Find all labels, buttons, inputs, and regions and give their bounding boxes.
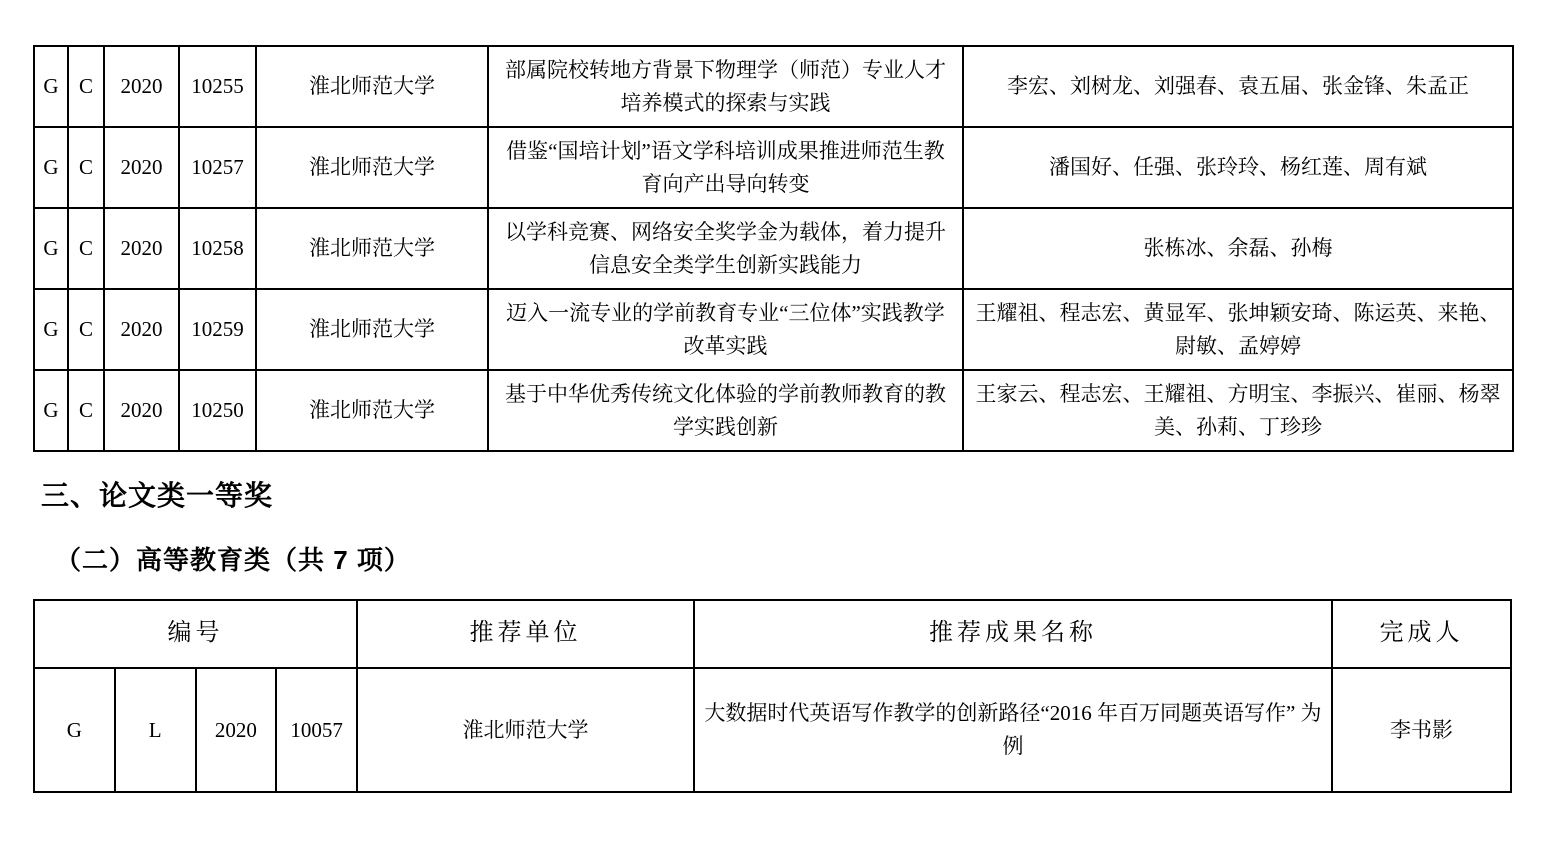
cell-category: C (68, 289, 104, 370)
table-row: G C 2020 10258 淮北师范大学 以学科竞赛、网络安全奖学金为载体，着… (34, 208, 1513, 289)
awards-table-papers: 编号 推荐单位 推荐成果名称 完成人 G L 2020 10057 淮北师范大学… (33, 599, 1512, 793)
cell-type: G (34, 370, 68, 451)
cell-type: G (34, 46, 68, 127)
cell-people: 王耀祖、程志宏、黄显军、张坤颖安琦、陈运英、来艳、尉敏、孟婷婷 (963, 289, 1513, 370)
cell-unit: 淮北师范大学 (256, 208, 488, 289)
cell-year: 2020 (104, 127, 179, 208)
table-row: G L 2020 10057 淮北师范大学 大数据时代英语写作教学的创新路径“2… (34, 668, 1511, 792)
cell-unit: 淮北师范大学 (256, 127, 488, 208)
cell-category: C (68, 208, 104, 289)
cell-achievement-name: 大数据时代英语写作教学的创新路径“2016 年百万同题英语写作” 为例 (694, 668, 1332, 792)
header-unit: 推荐单位 (357, 600, 694, 668)
header-code: 编号 (34, 600, 357, 668)
cell-year: 2020 (196, 668, 277, 792)
cell-code: 10255 (179, 46, 256, 127)
cell-unit: 淮北师范大学 (357, 668, 694, 792)
cell-type: G (34, 127, 68, 208)
table-row: G C 2020 10259 淮北师范大学 迈入一流专业的学前教育专业“三位体”… (34, 289, 1513, 370)
cell-category: L (115, 668, 196, 792)
cell-code: 10258 (179, 208, 256, 289)
cell-project-name: 以学科竞赛、网络安全奖学金为载体，着力提升信息安全类学生创新实践能力 (488, 208, 963, 289)
cell-category: C (68, 370, 104, 451)
cell-project-name: 迈入一流专业的学前教育专业“三位体”实践教学改革实践 (488, 289, 963, 370)
cell-code: 10259 (179, 289, 256, 370)
table-header-row: 编号 推荐单位 推荐成果名称 完成人 (34, 600, 1511, 668)
cell-type: G (34, 289, 68, 370)
section-subheading: （二）高等教育类（共 7 项） (55, 540, 1512, 577)
table-row: G C 2020 10257 淮北师范大学 借鉴“国培计划”语文学科培训成果推进… (34, 127, 1513, 208)
section-heading: 三、论文类一等奖 (41, 474, 1512, 514)
cell-unit: 淮北师范大学 (256, 370, 488, 451)
cell-category: C (68, 46, 104, 127)
awards-table-practice: G C 2020 10255 淮北师范大学 部属院校转地方背景下物理学（师范）专… (33, 45, 1514, 452)
cell-year: 2020 (104, 208, 179, 289)
header-people: 完成人 (1332, 600, 1511, 668)
cell-people: 王家云、程志宏、王耀祖、方明宝、李振兴、崔丽、杨翠美、孙莉、丁珍珍 (963, 370, 1513, 451)
header-achievement-name: 推荐成果名称 (694, 600, 1332, 668)
cell-project-name: 部属院校转地方背景下物理学（师范）专业人才培养模式的探索与实践 (488, 46, 963, 127)
cell-category: C (68, 127, 104, 208)
cell-people: 潘国好、任强、张玲玲、杨红莲、周有斌 (963, 127, 1513, 208)
cell-code: 10257 (179, 127, 256, 208)
cell-type: G (34, 208, 68, 289)
cell-people: 李书影 (1332, 668, 1511, 792)
cell-code: 10057 (276, 668, 357, 792)
cell-year: 2020 (104, 46, 179, 127)
cell-people: 张栋冰、余磊、孙梅 (963, 208, 1513, 289)
cell-year: 2020 (104, 370, 179, 451)
cell-type: G (34, 668, 115, 792)
table-row: G C 2020 10255 淮北师范大学 部属院校转地方背景下物理学（师范）专… (34, 46, 1513, 127)
cell-code: 10250 (179, 370, 256, 451)
cell-project-name: 基于中华优秀传统文化体验的学前教师教育的教学实践创新 (488, 370, 963, 451)
cell-year: 2020 (104, 289, 179, 370)
cell-unit: 淮北师范大学 (256, 289, 488, 370)
cell-unit: 淮北师范大学 (256, 46, 488, 127)
table-row: G C 2020 10250 淮北师范大学 基于中华优秀传统文化体验的学前教师教… (34, 370, 1513, 451)
cell-people: 李宏、刘树龙、刘强春、袁五届、张金锋、朱孟正 (963, 46, 1513, 127)
cell-project-name: 借鉴“国培计划”语文学科培训成果推进师范生教育向产出导向转变 (488, 127, 963, 208)
document-page: G C 2020 10255 淮北师范大学 部属院校转地方背景下物理学（师范）专… (0, 0, 1545, 847)
